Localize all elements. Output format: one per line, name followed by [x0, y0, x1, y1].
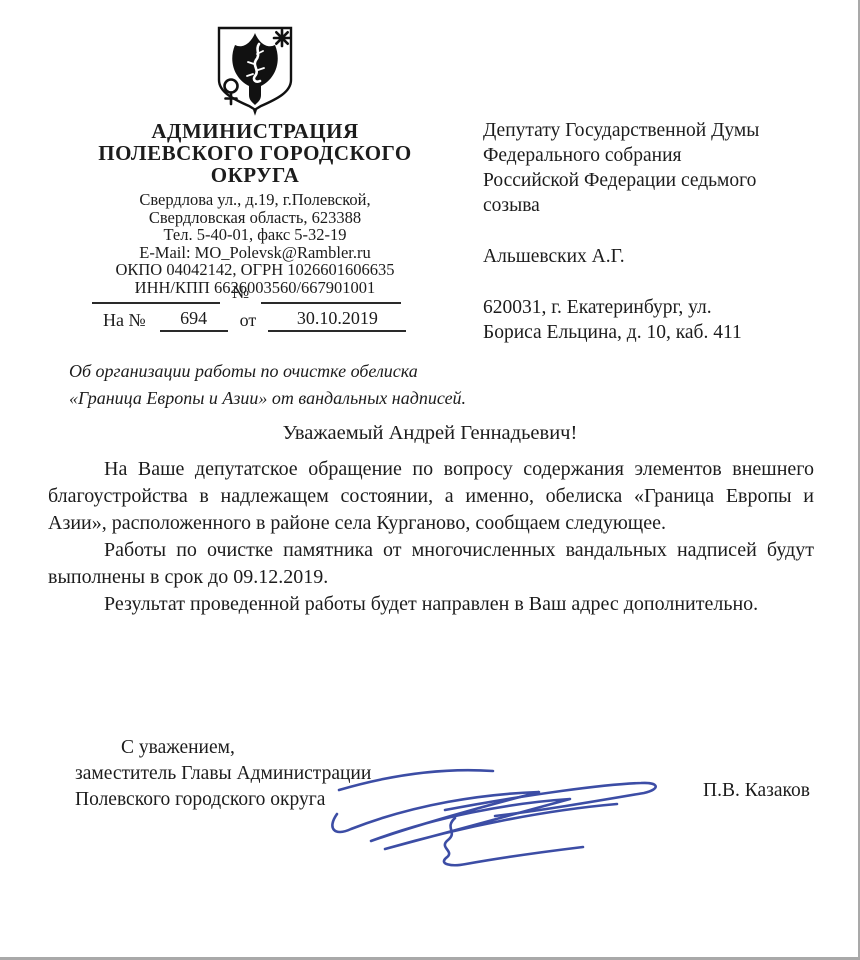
salutation: Уважаемый Андрей Геннадьевич! — [0, 422, 860, 445]
closing-position-line1: заместитель Главы Администрации — [75, 761, 475, 787]
reference-block: № На № 694 от 30.10.2019 — [55, 276, 455, 332]
body-paragraph-2: Работы по очистке памятника от многочисл… — [48, 537, 814, 591]
org-phone-fax: Тел. 5-40-01, факс 5-32-19 — [55, 226, 455, 244]
org-address-line2: Свердловская область, 623388 — [55, 209, 455, 227]
reply-date-value: 30.10.2019 — [268, 306, 406, 332]
letter-body: На Ваше депутатское обращение по вопросу… — [48, 456, 814, 618]
closing-block: С уважением, заместитель Главы Администр… — [75, 735, 475, 813]
star-icon — [274, 30, 290, 46]
outgoing-number-line — [92, 278, 220, 304]
scanned-letter-page: АДМИНИСТРАЦИЯ ПОЛЕВСКОГО ГОРОДСКОГО ОКРУ… — [0, 0, 860, 960]
reply-label: На № — [55, 308, 160, 332]
recipient-gap2 — [483, 269, 813, 295]
recipient-line4: созыва — [483, 193, 813, 218]
org-name-line2: ПОЛЕВСКОГО ГОРОДСКОГО — [55, 142, 455, 164]
recipient-address-line1: 620031, г. Екатеринбург, ул. — [483, 295, 813, 320]
org-name: АДМИНИСТРАЦИЯ ПОЛЕВСКОГО ГОРОДСКОГО ОКРУ… — [55, 120, 455, 186]
closing-position-line2: Полевского городского округа — [75, 787, 475, 813]
recipient-line2: Федерального собрания — [483, 143, 813, 168]
recipient-name: Альшевских А.Г. — [483, 244, 813, 269]
letterhead: АДМИНИСТРАЦИЯ ПОЛЕВСКОГО ГОРОДСКОГО ОКРУ… — [55, 24, 455, 296]
outgoing-date-line — [261, 278, 401, 304]
subject-line1: Об организации работы по очистке обелиск… — [69, 358, 549, 385]
body-paragraph-3: Результат проведенной работы будет напра… — [48, 591, 814, 618]
subject-line2: «Граница Европы и Азии» от вандальных на… — [69, 385, 549, 412]
recipient-line3: Российской Федерации седьмого — [483, 168, 813, 193]
recipient-block: Депутату Государственной Думы Федерально… — [483, 118, 813, 345]
outgoing-number-row: № — [55, 276, 455, 304]
org-email: E-Mail: MO_Polevsk@Rambler.ru — [55, 244, 455, 262]
signer-name: П.В. Казаков — [703, 780, 810, 802]
recipient-line1: Депутату Государственной Думы — [483, 118, 813, 143]
body-paragraph-1: На Ваше депутатское обращение по вопросу… — [48, 456, 814, 537]
subject-block: Об организации работы по очистке обелиск… — [69, 358, 549, 412]
recipient-gap — [483, 218, 813, 244]
polevskoy-coat-of-arms-icon — [213, 24, 297, 116]
date-label: от — [228, 308, 269, 332]
reply-number-row: На № 694 от 30.10.2019 — [55, 304, 455, 332]
number-sign-label: № — [220, 280, 261, 304]
closing-regards: С уважением, — [75, 735, 475, 761]
org-name-line1: АДМИНИСТРАЦИЯ — [55, 120, 455, 142]
org-name-line3: ОКРУГА — [55, 164, 455, 186]
recipient-address-line2: Бориса Ельцина, д. 10, каб. 411 — [483, 320, 813, 345]
org-address-line1: Свердлова ул., д.19, г.Полевской, — [55, 191, 455, 209]
reply-number-value: 694 — [160, 306, 228, 332]
